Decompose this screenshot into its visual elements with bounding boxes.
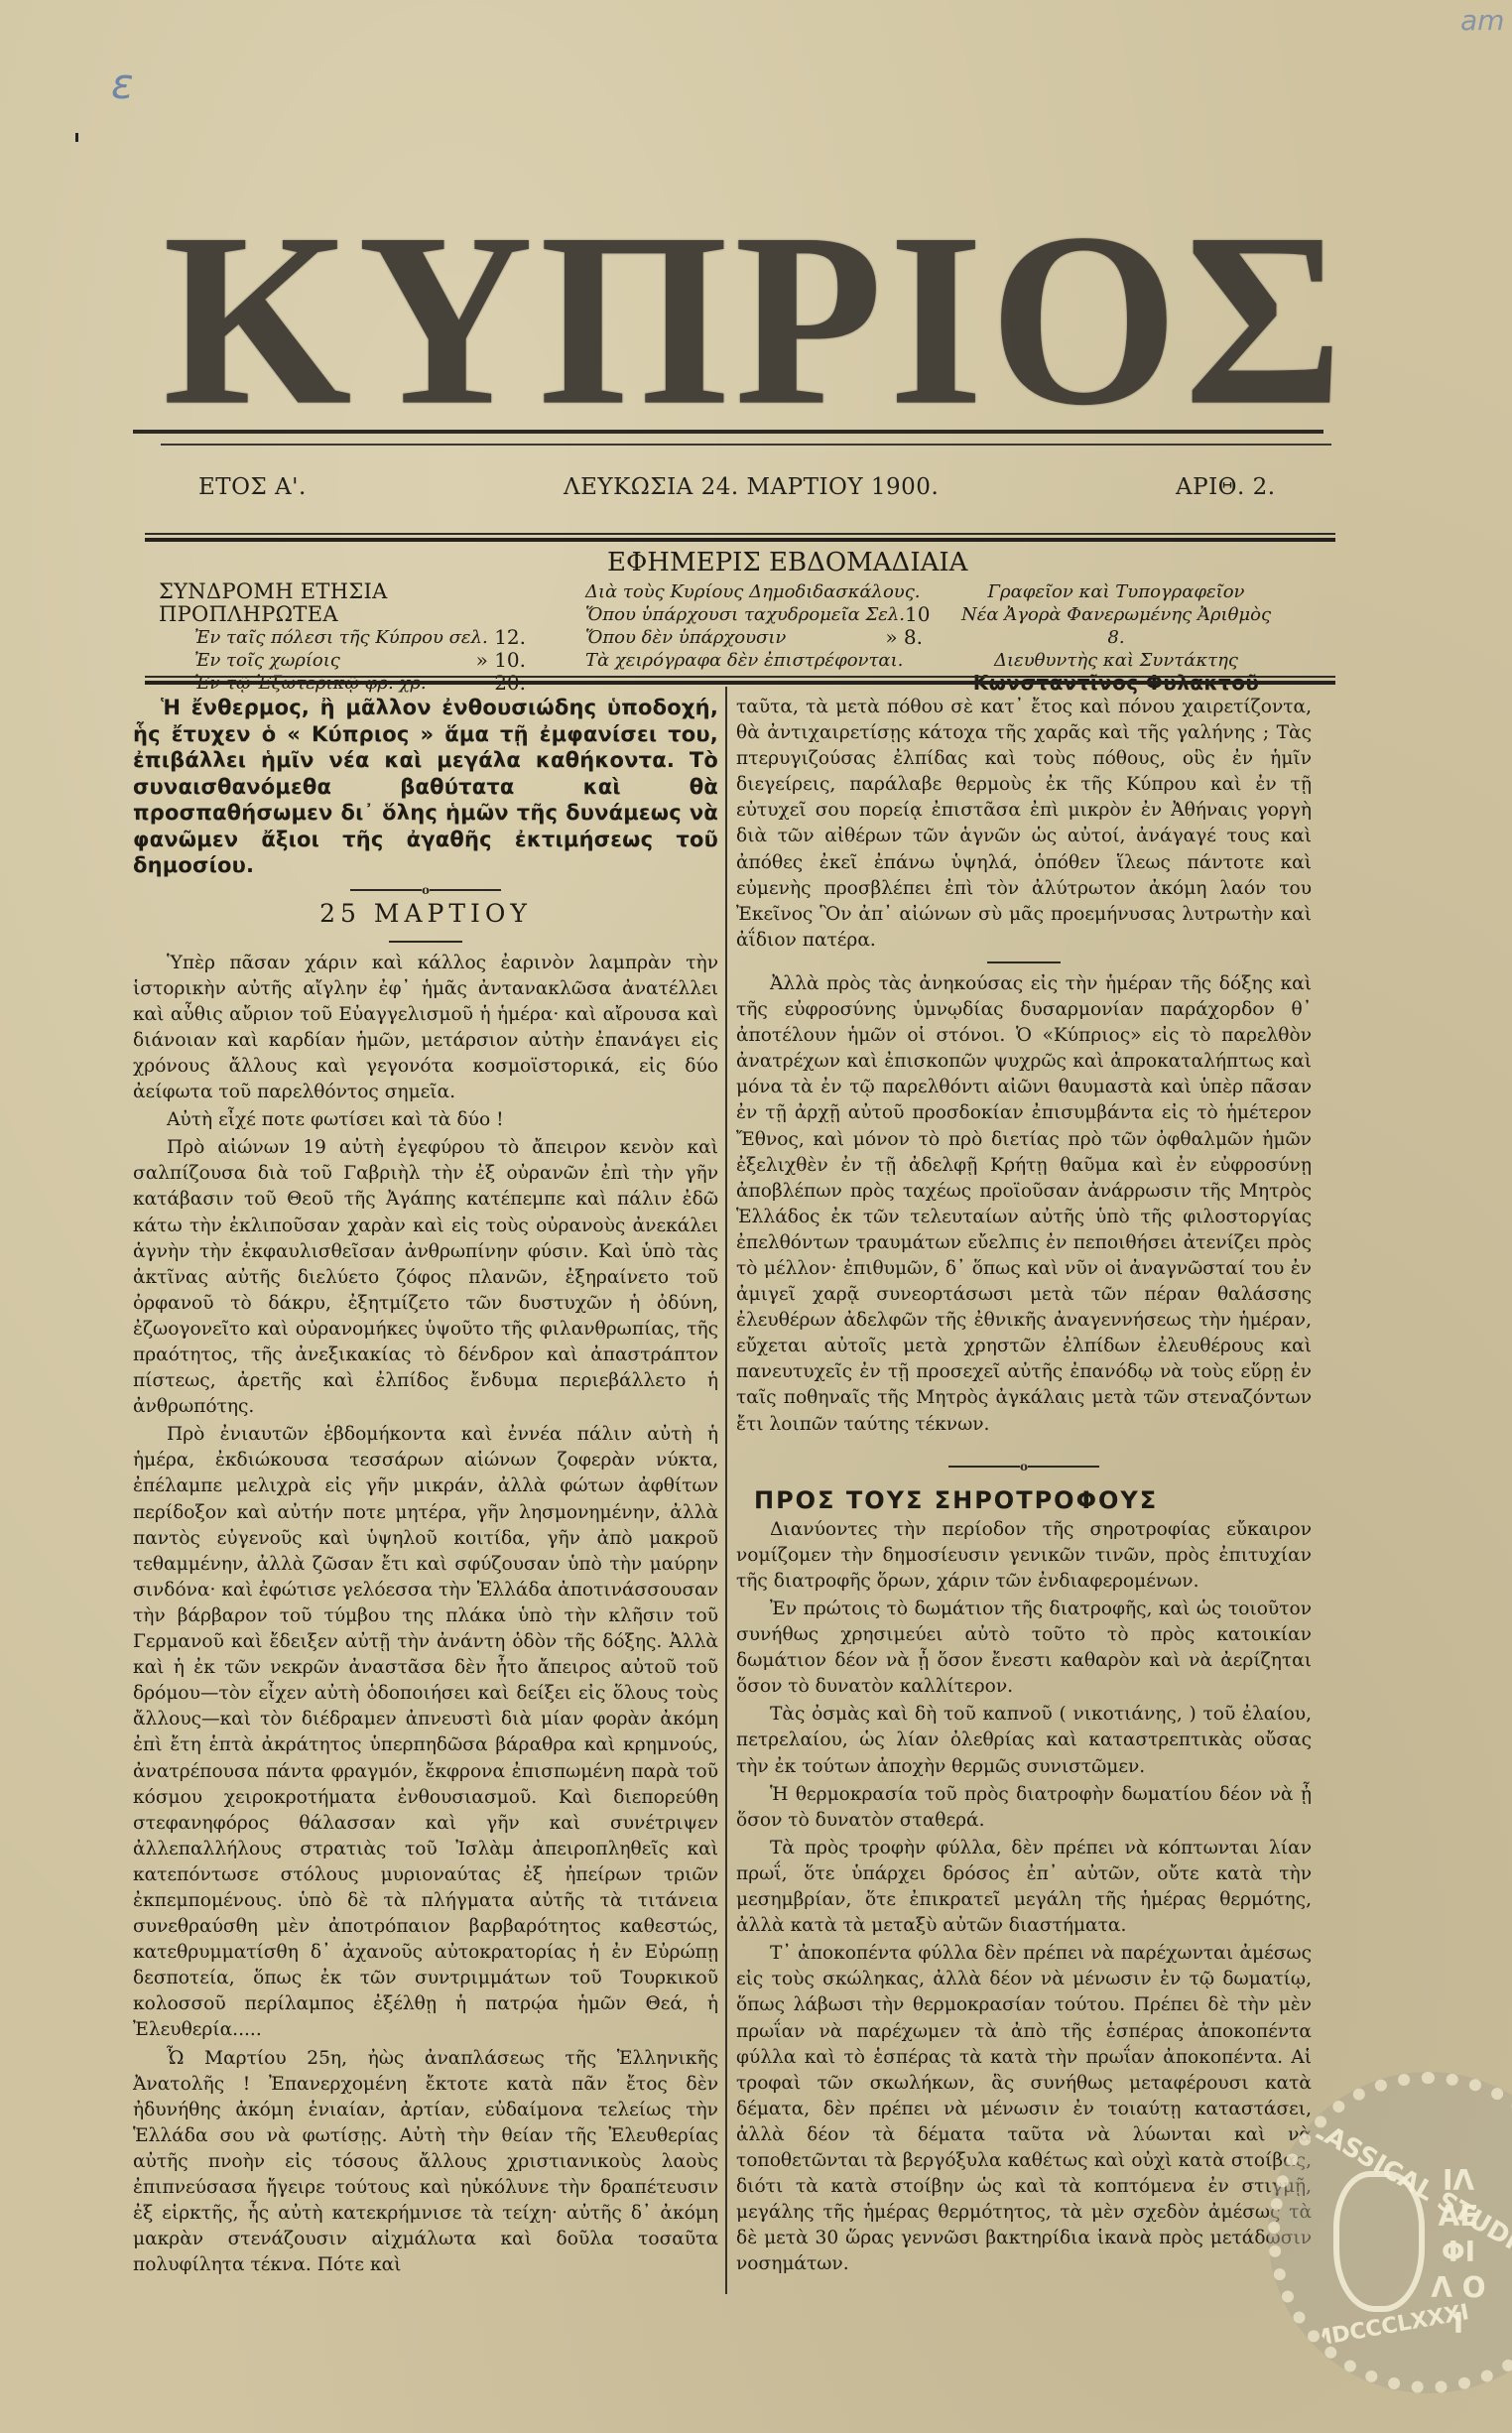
column-divider — [725, 687, 727, 2294]
article-paragraph: Ὑπὲρ πᾶσαν χάριν καὶ κάλλος ἐαρινὸν λαμπ… — [133, 951, 718, 1106]
header-rule-top — [145, 533, 1335, 542]
subscription-label: Ἐν τοῖς χωρίοις — [194, 649, 340, 672]
vase-icon — [1333, 2171, 1425, 2312]
teachers-row: Ὅπου ὑπάρχουσι ταχυδρομεῖα Σελ. 10 — [585, 603, 923, 626]
library-stamp: CLASSICAL STUDIES AT ATHENS ΙΛ ΑΕ ΦΙ Λ Ο… — [1268, 2072, 1512, 2393]
subscription-price: 12. — [494, 626, 526, 649]
subscription-label: Ἐν ταῖς πόλεσι τῆς Κύπρου σελ. — [194, 626, 488, 649]
office-line: Γραφεῖον καὶ Τυπογραφεῖον — [952, 580, 1280, 603]
separator-mark: o — [1020, 1460, 1028, 1473]
article-paragraph: Ἡ θερμοκρασία τοῦ πρὸς διατροφὴν δωματίο… — [736, 1782, 1312, 1834]
sericulture-headline: ΠΡΟΣ ΤΟΥΣ ΣΗΡΟΤΡΟΦΟΥΣ — [754, 1487, 1312, 1513]
left-column: Ἡ ἔνθερμος, ἢ μᾶλλον ἐνθουσιώδης ὑποδοχή… — [133, 695, 718, 2278]
short-rule — [389, 941, 462, 943]
teachers-rates-block: Διὰ τοὺς Κυρίους Δημοδιδασκάλους. Ὅπου ὑ… — [585, 580, 923, 672]
article-paragraph: Αὐτὴ εἶχέ ποτε φωτίσει καὶ τὰ δύο ! — [133, 1107, 718, 1133]
masthead-rule-thin — [161, 444, 1331, 446]
teachers-row: Τὰ χειρόγραφα δὲν ἐπιστρέφονται. — [585, 649, 923, 672]
subscription-price: » 10. — [476, 649, 526, 672]
lead-notice: Ἡ ἔνθερμος, ἢ μᾶλλον ἐνθουσιώδης ὑποδοχή… — [133, 695, 718, 879]
dateline-year: ΕΤΟΣ Α'. — [198, 474, 307, 500]
teachers-label: Τὰ χειρόγραφα δὲν ἐπιστρέφονται. — [585, 649, 903, 672]
dateline-place-date: ΛΕΥΚΩΣΙΑ 24. ΜΑΡΤΙΟΥ 1900. — [564, 474, 939, 500]
article-paragraph: Ὦ Μαρτίου 25η, ἠὼς ἀναπλάσεως τῆς Ἑλληνι… — [133, 2046, 718, 2279]
newspaper-page: ε am ΚΥΠΡΙΟΣ ΕΤΟΣ Α'. ΛΕΥΚΩΣΙΑ 24. ΜΑΡΤΙ… — [0, 0, 1512, 2433]
article-paragraph: Τ᾽ ἀποκοπέντα φύλλα δὲν πρέπει νὰ παρέχω… — [736, 1941, 1312, 2277]
article-paragraph: Πρὸ αἰώνων 19 αὐτὴ ἐγεφύρου τὸ ἄπειρον κ… — [133, 1135, 718, 1420]
article-paragraph: ταῦτα, τὰ μετὰ πόθου σὲ κατ᾽ ἔτος καὶ πό… — [736, 695, 1312, 954]
teachers-label: Ὅπου ὑπάρχουσι ταχυδρομεῖα Σελ. — [585, 603, 905, 626]
subscription-row: Ἐν ταῖς πόλεσι τῆς Κύπρου σελ. 12. — [159, 626, 526, 649]
separator: o — [736, 1460, 1312, 1473]
article-title: 25 ΜΑΡΤΙΟΥ — [133, 901, 718, 927]
subscription-heading: ΣΥΝΔΡΟΜΗ ΕΤΗΣΙΑ ΠΡΟΠΛΗΡΩΤΕΑ — [159, 580, 526, 626]
subscription-row: Ἐν τοῖς χωρίοις » 10. — [159, 649, 526, 672]
article-paragraph: Ἀλλὰ πρὸς τὰς ἀνηκούσας εἰς τὴν ἡμέραν τ… — [736, 971, 1312, 1438]
teachers-row: Διὰ τοὺς Κυρίους Δημοδιδασκάλους. — [585, 580, 923, 603]
teachers-label: Διὰ τοὺς Κυρίους Δημοδιδασκάλους. — [585, 580, 921, 603]
teachers-price: » 8. — [885, 626, 923, 649]
article-paragraph: Πρὸ ἐνιαυτῶν ἑβδομήκοντα καὶ ἐννέα πάλιν… — [133, 1422, 718, 2043]
handwritten-annotation-left: ε — [111, 60, 134, 108]
weekly-title: ΕΦΗΜΕΡΙΣ ΕΒΔΟΜΑΔΙΑΙΑ — [607, 548, 967, 577]
ink-speck — [75, 133, 78, 142]
office-address: Νέα Ἀγορὰ Φανερωμένης Ἀριθμὸς 8. — [952, 603, 1280, 649]
article-paragraph: Τὰ πρὸς τροφὴν φύλλα, δὲν πρέπει νὰ κόπτ… — [736, 1836, 1312, 1939]
masthead-title: ΚΥΠΡΙΟΣ — [111, 224, 1401, 415]
handwritten-annotation-right: am — [1460, 4, 1504, 37]
teachers-label: Ὅπου δὲν ὑπάρχουσιν — [585, 626, 786, 649]
article-paragraph: Τὰς ὀσμὰς καὶ δὴ τοῦ καπνοῦ ( νικοτιάνης… — [736, 1702, 1312, 1779]
separator: o — [133, 883, 718, 897]
header-rule-bottom — [145, 676, 1335, 685]
separator-mark: o — [422, 883, 430, 897]
short-rule — [987, 961, 1061, 963]
masthead-rule-thick — [133, 430, 1323, 434]
article-paragraph: Διανύοντες τὴν περίοδον τῆς σηροτροφίας … — [736, 1517, 1312, 1595]
teachers-price: 10 — [905, 603, 930, 626]
article-paragraph: Ἐν πρώτοις τὸ δωμάτιον τῆς διατροφῆς, κα… — [736, 1597, 1312, 1700]
editor-role: Διευθυντὴς καὶ Συντάκτης — [952, 649, 1280, 672]
teachers-row: Ὅπου δὲν ὑπάρχουσιν » 8. — [585, 626, 923, 649]
right-column: ταῦτα, τὰ μετὰ πόθου σὲ κατ᾽ ἔτος καὶ πό… — [736, 695, 1312, 2277]
dateline-issue-number: ΑΡΙΘ. 2. — [1176, 474, 1276, 500]
